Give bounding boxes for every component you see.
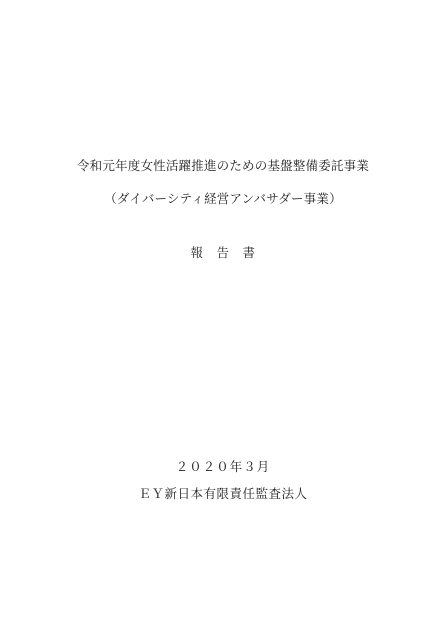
organization-name: ＥＹ新日本有限責任監査法人 [0, 484, 446, 502]
report-cover-page: 令和元年度女性活躍推進のための基盤整備委託事業 （ダイバーシティ経営アンバサダー… [0, 0, 446, 630]
report-title-line-2: （ダイバーシティ経営アンバサダー事業） [0, 189, 446, 207]
report-title-line-1: 令和元年度女性活躍推進のための基盤整備委託事業 [0, 156, 446, 174]
report-label: 報 告 書 [0, 243, 446, 261]
publication-date: ２０２０年３月 [0, 457, 446, 475]
